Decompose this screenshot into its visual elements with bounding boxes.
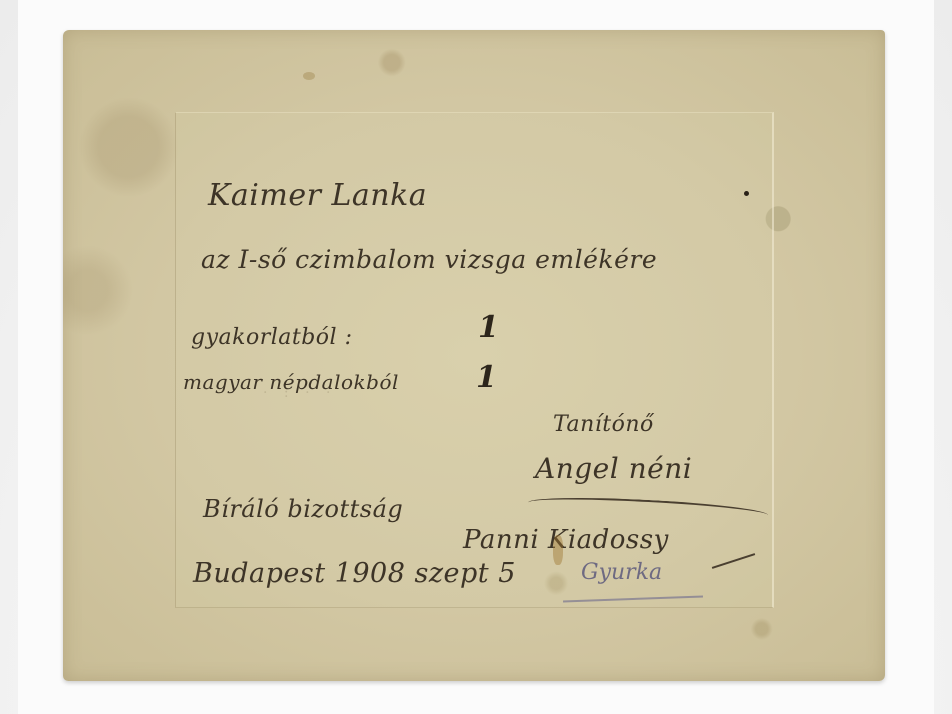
grade-value-practice: 1 [478, 310, 499, 345]
committee-label: Bíráló bizottság [203, 495, 403, 523]
ink-dot [744, 191, 749, 196]
stain-mark [303, 72, 315, 80]
stain-mark [553, 535, 563, 565]
grade-label-practice: gyakorlatból : [191, 325, 352, 350]
place-and-date: Budapest 1908 szept 5 [193, 558, 516, 589]
memento-card: · : · · Kaimer Lanka az I-ső czimbalom v… [63, 30, 885, 681]
teacher-label: Tanítónő [553, 412, 654, 437]
recipient-name: Kaimer Lanka [208, 178, 427, 213]
committee-signature: Panni Kiadossy [463, 525, 669, 555]
grade-label-folk-songs: magyar népdalokból [183, 370, 399, 394]
pencil-signature: Gyurka [581, 560, 662, 585]
occasion-line: az I-ső czimbalom vizsga emlékére [201, 245, 657, 274]
teacher-name: Angel néni [535, 452, 692, 485]
grade-value-folk-songs: 1 [476, 360, 497, 395]
